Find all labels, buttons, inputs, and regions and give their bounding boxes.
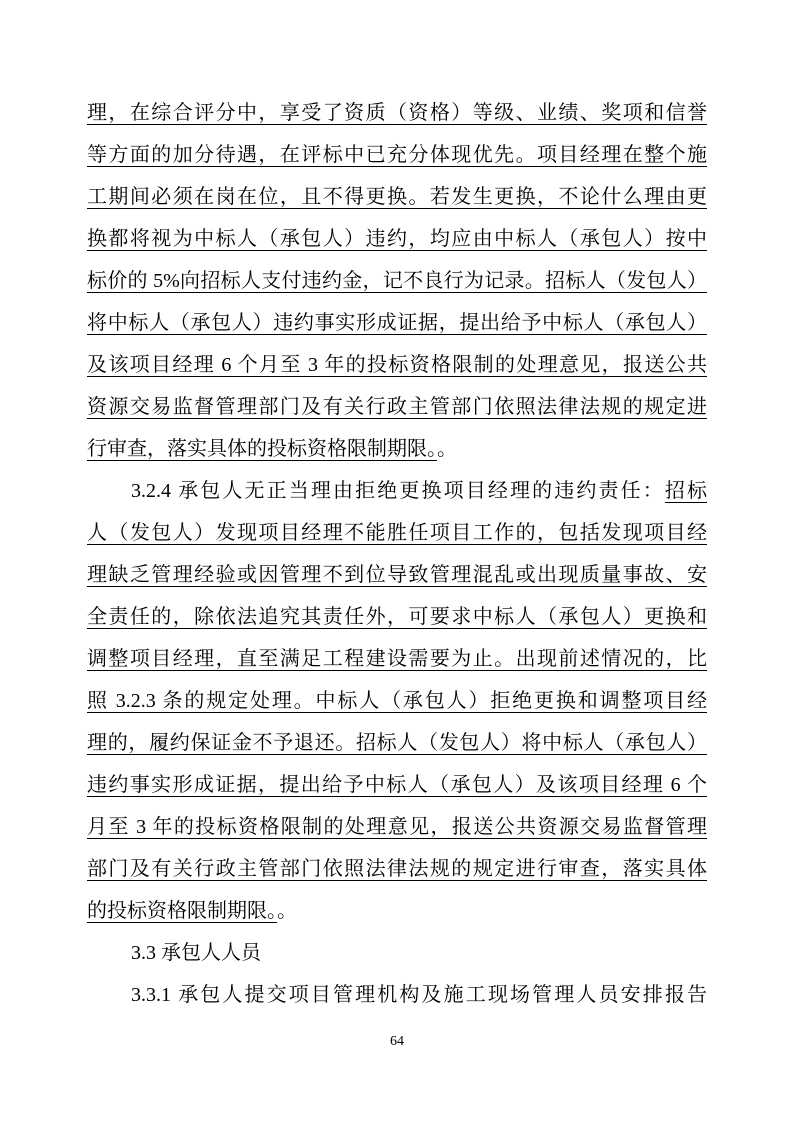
paragraph-2-line-7: 理的，履约保证金不予退还。招标人（发包人）将中标人（承包人） — [87, 722, 707, 764]
paragraph-1-line-8: 资源交易监督管理部门及有关行政主管部门依照法律法规的规定进 — [87, 386, 707, 428]
paragraph-1-line-7: 及该项目经理 6 个月至 3 年的投标资格限制的处理意见，报送公共 — [87, 344, 707, 386]
underlined-text: 及该项目经理 6 个月至 3 年的投标资格限制的处理意见，报送公共 — [87, 354, 707, 376]
underlined-text: 将中标人（承包人）违约事实形成证据，提出给予中标人（承包人） — [87, 312, 707, 334]
page-content: 理，在综合评分中，享受了资质（资格）等级、业绩、奖项和信誉 等方面的加分待遇，在… — [87, 92, 707, 1016]
paragraph-2-line-5: 调整项目经理，直至满足工程建设需要为止。出现前述情况的，比 — [87, 638, 707, 680]
underlined-text: 调整项目经理，直至满足工程建设需要为止。出现前述情况的，比 — [87, 648, 707, 670]
paragraph-1-line-6: 将中标人（承包人）违约事实形成证据，提出给予中标人（承包人） — [87, 302, 707, 344]
paragraph-1-line-2: 等方面的加分待遇，在评标中已充分体现优先。项目经理在整个施 — [87, 134, 707, 176]
heading-text: 3.3.1 承包人提交项目管理机构及施工现场管理人员安排报告 — [131, 984, 707, 1006]
underlined-text: 换都将视为中标人（承包人）违约，均应由中标人（承包人）按中 — [87, 228, 707, 250]
paragraph-1-line-1: 理，在综合评分中，享受了资质（资格）等级、业绩、奖项和信誉 — [87, 92, 707, 134]
paragraph-2-line-2: 人（发包人）发现项目经理不能胜任项目工作的，包括发现项目经 — [87, 512, 707, 554]
heading-text: 3.3 承包人人员 — [131, 942, 261, 964]
paragraph-2-line-3: 理缺乏管理经验或因管理不到位导致管理混乱或出现质量事故、安 — [87, 554, 707, 596]
underlined-text: 标价的 5%向招标人支付违约金，记不良行为记录。招标人（发包人） — [87, 270, 707, 292]
plain-text: 。 — [437, 438, 457, 460]
underlined-text: 工期间必须在岗在位，且不得更换。若发生更换，不论什么理由更 — [87, 186, 707, 208]
paragraph-2-last-line: 的投标资格限制期限。。 — [87, 890, 707, 932]
paragraph-2-line-8: 违约事实形成证据，提出给予中标人（承包人）及该项目经理 6 个 — [87, 764, 707, 806]
paragraph-1-line-4: 换都将视为中标人（承包人）违约，均应由中标人（承包人）按中 — [87, 218, 707, 260]
underlined-text: 月至 3 年的投标资格限制的处理意见，报送公共资源交易监督管理 — [87, 816, 707, 838]
underlined-text: 理缺乏管理经验或因管理不到位导致管理混乱或出现质量事故、安 — [87, 564, 707, 586]
underlined-text: 资源交易监督管理部门及有关行政主管部门依照法律法规的规定进 — [87, 396, 707, 418]
underlined-text: 行审查，落实具体的投标资格限制期限。 — [87, 438, 437, 460]
heading-3-3-1: 3.3.1 承包人提交项目管理机构及施工现场管理人员安排报告 — [87, 974, 707, 1016]
underlined-text: 照 3.2.3 条的规定处理。中标人（承包人）拒绝更换和调整项目经 — [87, 690, 707, 712]
clause-number-text: 3.2.4 承包人无正当理由拒绝更换项目经理的违约责任： — [131, 480, 665, 502]
underlined-text: 人（发包人）发现项目经理不能胜任项目工作的，包括发现项目经 — [87, 522, 707, 544]
paragraph-2-line-4: 全责任的，除依法追究其责任外，可要求中标人（承包人）更换和 — [87, 596, 707, 638]
paragraph-1-line-3: 工期间必须在岗在位，且不得更换。若发生更换，不论什么理由更 — [87, 176, 707, 218]
underlined-text: 违约事实形成证据，提出给予中标人（承包人）及该项目经理 6 个 — [87, 774, 707, 796]
paragraph-2-line-6: 照 3.2.3 条的规定处理。中标人（承包人）拒绝更换和调整项目经 — [87, 680, 707, 722]
underlined-text: 全责任的，除依法追究其责任外，可要求中标人（承包人）更换和 — [87, 606, 707, 628]
plain-text: 。 — [277, 900, 297, 922]
underlined-text: 等方面的加分待遇，在评标中已充分体现优先。项目经理在整个施 — [87, 144, 707, 166]
underlined-text: 部门及有关行政主管部门依照法律法规的规定进行审查，落实具体 — [87, 858, 707, 880]
underlined-text: 的投标资格限制期限。 — [87, 900, 277, 922]
underlined-text: 理，在综合评分中，享受了资质（资格）等级、业绩、奖项和信誉 — [87, 102, 707, 124]
page-number: 64 — [0, 1032, 794, 1052]
document-page: 理，在综合评分中，享受了资质（资格）等级、业绩、奖项和信誉 等方面的加分待遇，在… — [0, 0, 794, 1122]
paragraph-1-last-line: 行审查，落实具体的投标资格限制期限。。 — [87, 428, 707, 470]
paragraph-1-line-5: 标价的 5%向招标人支付违约金，记不良行为记录。招标人（发包人） — [87, 260, 707, 302]
paragraph-2-line-10: 部门及有关行政主管部门依照法律法规的规定进行审查，落实具体 — [87, 848, 707, 890]
underlined-text: 招标 — [665, 480, 707, 502]
clause-3-2-4-first-line: 3.2.4 承包人无正当理由拒绝更换项目经理的违约责任：招标 — [87, 470, 707, 512]
paragraph-2-line-9: 月至 3 年的投标资格限制的处理意见，报送公共资源交易监督管理 — [87, 806, 707, 848]
heading-3-3: 3.3 承包人人员 — [87, 932, 707, 974]
underlined-text: 理的，履约保证金不予退还。招标人（发包人）将中标人（承包人） — [87, 732, 707, 754]
